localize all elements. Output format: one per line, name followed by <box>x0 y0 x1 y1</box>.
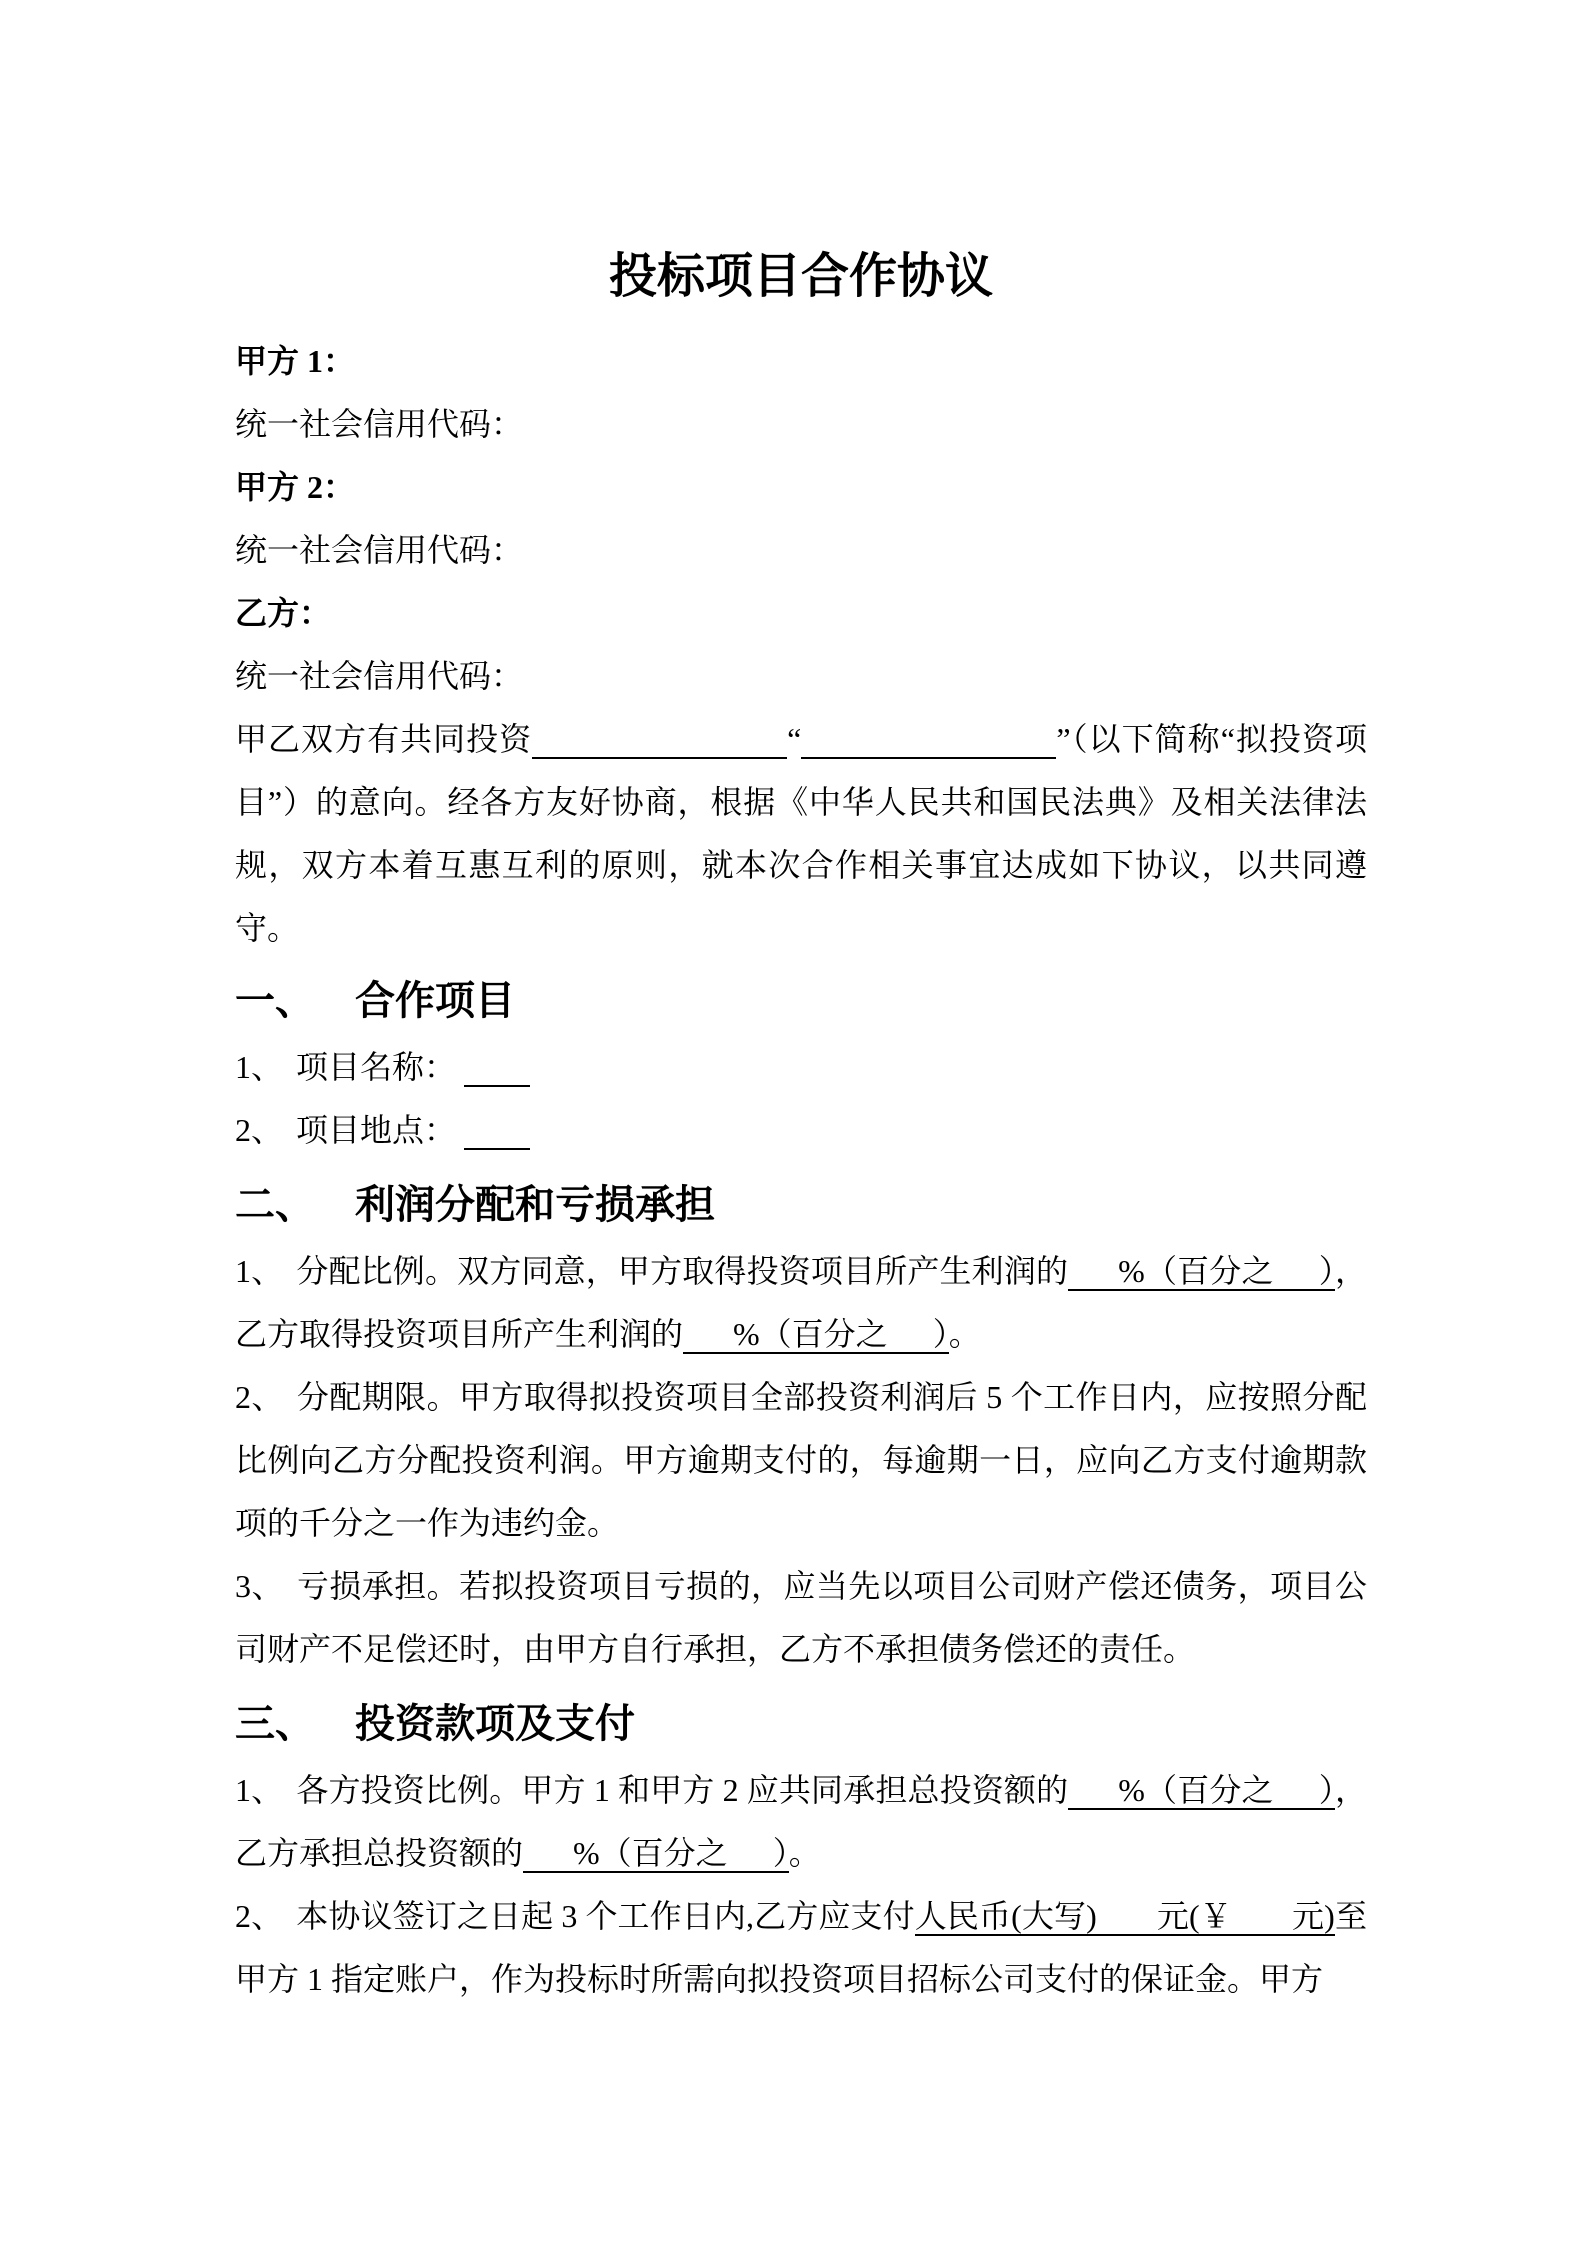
credit-code-line-1: 统一社会信用代码： <box>235 393 1367 456</box>
party-a2-line: 甲方 2： <box>235 456 1367 519</box>
section-1-title: 合作项目 <box>355 979 515 1023</box>
section-3-title: 投资款项及支付 <box>355 1702 635 1746</box>
party-a1-line: 甲方 1： <box>235 330 1367 393</box>
blank-party-b-percent: %（百分之） <box>683 1316 949 1354</box>
section-1-number: 一、 <box>235 979 315 1023</box>
blank-party-b-invest-percent: %（百分之） <box>523 1835 789 1873</box>
section-heading-2: 二、利润分配和亏损承担 <box>235 1170 1367 1240</box>
credit-code-line-2: 统一社会信用代码： <box>235 519 1367 582</box>
intro-lead: 甲乙双方有共同投资 <box>235 721 532 757</box>
profit-ratio-text-1: 分配比例。双方同意，甲方取得投资项目所产生利润的 <box>296 1253 1068 1289</box>
blank-investment-name <box>532 721 787 759</box>
section-3-number: 三、 <box>235 1702 315 1746</box>
blank-project-location-field <box>464 1112 530 1150</box>
investment-ratio-text-1: 各方投资比例。甲方 1 和甲方 2 应共同承担总投资额的 <box>296 1772 1068 1808</box>
investment-ratio-text-3: 。 <box>789 1835 821 1871</box>
item-number: 3、 <box>235 1568 284 1604</box>
item-number: 1、 <box>235 1253 283 1289</box>
blank-project-name-field <box>464 1049 530 1087</box>
section-heading-1: 一、合作项目 <box>235 966 1367 1036</box>
item-number: 1、 <box>235 1772 283 1808</box>
open-quote: “ <box>787 721 801 757</box>
credit-code-line-3: 统一社会信用代码： <box>235 645 1367 708</box>
loss-bearing-text: 亏损承担。若拟投资项目亏损的，应当先以项目公司财产偿还债务，项目公司财产不足偿还… <box>235 1568 1367 1667</box>
project-location-item: 2、项目地点： <box>235 1099 1367 1162</box>
blank-party-a-invest-percent: %（百分之） <box>1068 1772 1335 1810</box>
document-title: 投标项目合作协议 <box>235 242 1367 312</box>
item-number: 1、 <box>235 1049 283 1085</box>
intro-paragraph: 甲乙双方有共同投资“”（以下简称“拟投资项目”）的意向。经各方友好协商，根据《中… <box>235 708 1367 960</box>
section-2-number: 二、 <box>235 1183 315 1227</box>
close-quote: ” <box>1056 721 1070 757</box>
section-2-title: 利润分配和亏损承担 <box>355 1183 715 1227</box>
project-location-label: 项目地点： <box>296 1112 456 1148</box>
project-name-item: 1、项目名称： <box>235 1036 1367 1099</box>
profit-ratio-item: 1、分配比例。双方同意，甲方取得投资项目所产生利润的%（百分之），乙方取得投资项… <box>235 1240 1367 1366</box>
blank-deposit-amount: 人民币(大写)元(￥元) <box>915 1898 1335 1936</box>
loss-bearing-item: 3、亏损承担。若拟投资项目亏损的，应当先以项目公司财产偿还债务，项目公司财产不足… <box>235 1555 1367 1681</box>
deposit-payment-item: 2、本协议签订之日起 3 个工作日内,乙方应支付人民币(大写)元(￥元)至甲方 … <box>235 1885 1367 2011</box>
section-heading-3: 三、投资款项及支付 <box>235 1689 1367 1759</box>
distribution-term-item: 2、分配期限。甲方取得拟投资项目全部投资利润后 5 个工作日内，应按照分配比例向… <box>235 1366 1367 1555</box>
document-content: 投标项目合作协议 甲方 1： 统一社会信用代码： 甲方 2： 统一社会信用代码：… <box>0 0 1587 2011</box>
profit-ratio-text-3: 。 <box>949 1316 981 1352</box>
investment-ratio-item: 1、各方投资比例。甲方 1 和甲方 2 应共同承担总投资额的%（百分之），乙方承… <box>235 1759 1367 1885</box>
item-number: 2、 <box>235 1112 283 1148</box>
distribution-term-text: 分配期限。甲方取得拟投资项目全部投资利润后 5 个工作日内，应按照分配比例向乙方… <box>235 1379 1367 1541</box>
deposit-payment-text-1: 本协议签订之日起 3 个工作日内,乙方应支付 <box>296 1898 915 1934</box>
blank-party-a-percent: %（百分之） <box>1068 1253 1335 1291</box>
item-number: 2、 <box>235 1379 284 1415</box>
item-number: 2、 <box>235 1898 283 1934</box>
blank-project-name <box>801 721 1056 759</box>
document-page: 投标项目合作协议 甲方 1： 统一社会信用代码： 甲方 2： 统一社会信用代码：… <box>0 0 1587 2245</box>
party-b-line: 乙方： <box>235 582 1367 645</box>
project-name-label: 项目名称： <box>296 1049 456 1085</box>
